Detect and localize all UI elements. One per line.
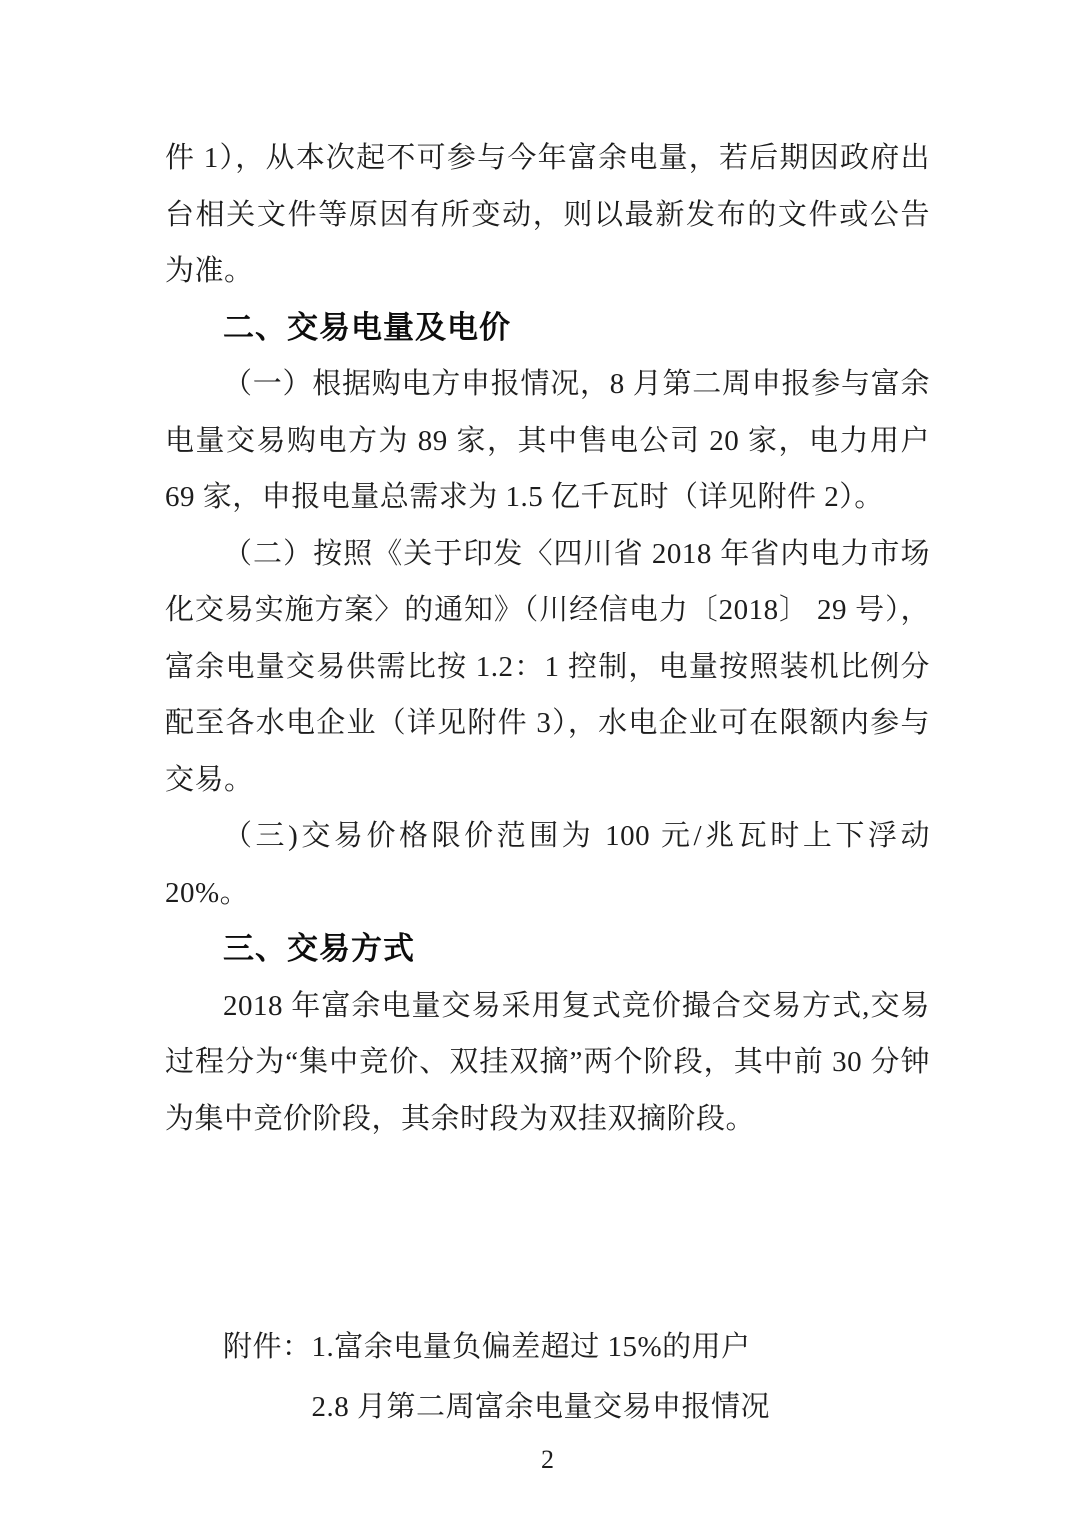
document-body: 件 1），从本次起不可参与今年富余电量，若后期因政府出台相关文件等原因有所变动，… xyxy=(165,130,930,1482)
section-heading-trade-volume-price: 二、交易电量及电价 xyxy=(165,300,930,357)
body-paragraph-buyers: （一）根据购电方申报情况，8 月第二周申报参与富余电量交易购电方为 89 家，其… xyxy=(165,356,930,526)
body-paragraph-price-limit: （三)交易价格限价范围为 100 元/兆瓦时上下浮动 20%。 xyxy=(165,808,930,921)
attachments-list: 1.富余电量负偏差超过 15%的用户 2.8 月第二周富余电量交易申报情况 xyxy=(312,1317,771,1437)
body-paragraph-trade-method: 2018 年富余电量交易采用复式竞价撮合交易方式,交易过程分为“集中竞价、双挂双… xyxy=(165,978,930,1148)
continued-paragraph: 件 1），从本次起不可参与今年富余电量，若后期因政府出台相关文件等原因有所变动，… xyxy=(165,130,930,300)
attachments-label: 附件： xyxy=(223,1317,312,1377)
attachment-item: 2.8 月第二周富余电量交易申报情况 xyxy=(312,1377,771,1437)
body-paragraph-allocation: （二）按照《关于印发〈四川省 2018 年省内电力市场化交易实施方案〉的通知》（… xyxy=(165,526,930,809)
section-heading-trade-method: 三、交易方式 xyxy=(165,921,930,978)
attachment-item: 1.富余电量负偏差超过 15%的用户 xyxy=(312,1317,771,1377)
page-number: 2 xyxy=(165,1437,930,1482)
attachments-block: 附件： 1.富余电量负偏差超过 15%的用户 2.8 月第二周富余电量交易申报情… xyxy=(165,1317,930,1437)
document-page: 件 1），从本次起不可参与今年富余电量，若后期因政府出台相关文件等原因有所变动，… xyxy=(0,0,1080,1527)
